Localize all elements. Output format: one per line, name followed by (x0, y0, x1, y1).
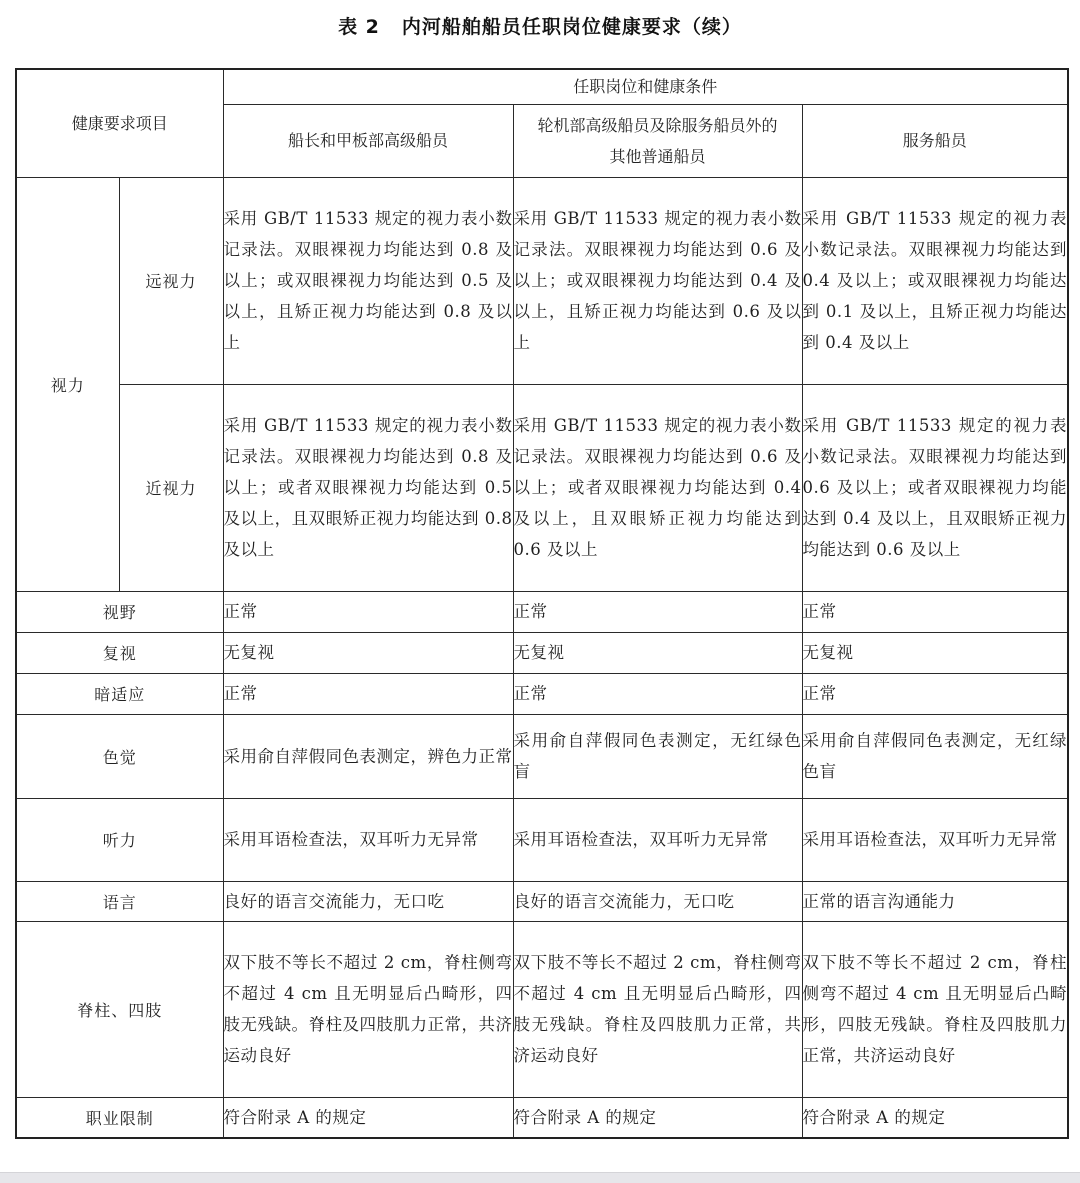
cell-occupational-restriction-engine: 符合附录 A 的规定 (513, 1097, 802, 1138)
table-row: 听力 采用耳语检查法，双耳听力无异常 采用耳语检查法，双耳听力无异常 采用耳语检… (16, 798, 1068, 881)
cell-speech-service: 正常的语言沟通能力 (802, 881, 1068, 921)
cell-hearing-engine: 采用耳语检查法，双耳听力无异常 (513, 798, 802, 881)
header-column-service-crew: 服务船员 (802, 104, 1068, 177)
cell-dark-adaptation-deck: 正常 (223, 673, 513, 714)
table-title: 表 2内河船舶船员任职岗位健康要求（续） (0, 12, 1080, 39)
cell-speech-engine: 良好的语言交流能力，无口吃 (513, 881, 802, 921)
cell-near-vision-engine: 采用 GB/T 11533 规定的视力表小数记录法。双眼裸视力均能达到 0.6 … (513, 384, 802, 591)
row-label-visual-field: 视野 (16, 591, 223, 632)
table-row: 职业限制 符合附录 A 的规定 符合附录 A 的规定 符合附录 A 的规定 (16, 1097, 1068, 1138)
cell-distance-vision-deck: 采用 GB/T 11533 规定的视力表小数记录法。双眼裸视力均能达到 0.8 … (223, 177, 513, 384)
cell-dark-adaptation-engine: 正常 (513, 673, 802, 714)
header-group-label: 任职岗位和健康条件 (223, 69, 1068, 104)
cell-visual-field-service: 正常 (802, 591, 1068, 632)
table-row: 暗适应 正常 正常 正常 (16, 673, 1068, 714)
row-label-dark-adaptation: 暗适应 (16, 673, 223, 714)
cell-occupational-restriction-service: 符合附录 A 的规定 (802, 1097, 1068, 1138)
table-row: 近视力 采用 GB/T 11533 规定的视力表小数记录法。双眼裸视力均能达到 … (16, 384, 1068, 591)
row-label-occupational-restriction: 职业限制 (16, 1097, 223, 1138)
row-label-spine-limbs: 脊柱、四肢 (16, 921, 223, 1097)
cell-distance-vision-service: 采用 GB/T 11533 规定的视力表小数记录法。双眼裸视力均能达到 0.4 … (802, 177, 1068, 384)
cell-speech-deck: 良好的语言交流能力，无口吃 (223, 881, 513, 921)
table-row: 视野 正常 正常 正常 (16, 591, 1068, 632)
cell-color-vision-service: 采用俞自萍假同色表测定，无红绿色盲 (802, 714, 1068, 798)
table-caption: 内河船舶船员任职岗位健康要求（续） (402, 16, 742, 38)
cell-diplopia-deck: 无复视 (223, 632, 513, 673)
cell-occupational-restriction-deck: 符合附录 A 的规定 (223, 1097, 513, 1138)
bottom-edge-band (0, 1172, 1080, 1183)
cell-spine-limbs-deck: 双下肢不等长不超过 2 cm，脊柱侧弯不超过 4 cm 且无明显后凸畸形，四肢无… (223, 921, 513, 1097)
cell-color-vision-engine: 采用俞自萍假同色表测定，无红绿色盲 (513, 714, 802, 798)
cell-hearing-service: 采用耳语检查法，双耳听力无异常 (802, 798, 1068, 881)
row-label-speech: 语言 (16, 881, 223, 921)
cell-near-vision-service: 采用 GB/T 11533 规定的视力表小数记录法。双眼裸视力均能达到 0.6 … (802, 384, 1068, 591)
row-label-color-vision: 色觉 (16, 714, 223, 798)
header-column-engine-officers-ratings: 轮机部高级船员及除服务船员外的其他普通船员 (513, 104, 802, 177)
cell-near-vision-deck: 采用 GB/T 11533 规定的视力表小数记录法。双眼裸视力均能达到 0.8 … (223, 384, 513, 591)
row-label-hearing: 听力 (16, 798, 223, 881)
table-row: 复视 无复视 无复视 无复视 (16, 632, 1068, 673)
cell-color-vision-deck: 采用俞自萍假同色表测定，辨色力正常 (223, 714, 513, 798)
row-label-distance-vision: 远视力 (119, 177, 223, 384)
header-item-label: 健康要求项目 (16, 69, 223, 177)
table-row: 色觉 采用俞自萍假同色表测定，辨色力正常 采用俞自萍假同色表测定，无红绿色盲 采… (16, 714, 1068, 798)
cell-diplopia-engine: 无复视 (513, 632, 802, 673)
cell-visual-field-engine: 正常 (513, 591, 802, 632)
table-row: 脊柱、四肢 双下肢不等长不超过 2 cm，脊柱侧弯不超过 4 cm 且无明显后凸… (16, 921, 1068, 1097)
row-label-near-vision: 近视力 (119, 384, 223, 591)
cell-spine-limbs-service: 双下肢不等长不超过 2 cm，脊柱侧弯不超过 4 cm 且无明显后凸畸形，四肢无… (802, 921, 1068, 1097)
cell-distance-vision-engine: 采用 GB/T 11533 规定的视力表小数记录法。双眼裸视力均能达到 0.6 … (513, 177, 802, 384)
cell-spine-limbs-engine: 双下肢不等长不超过 2 cm，脊柱侧弯不超过 4 cm 且无明显后凸畸形，四肢无… (513, 921, 802, 1097)
health-requirements-table: 健康要求项目 任职岗位和健康条件 船长和甲板部高级船员 轮机部高级船员及除服务船… (15, 68, 1069, 1139)
table-number: 表 2 (338, 16, 380, 38)
row-group-label-vision: 视力 (16, 177, 119, 591)
table-row: 语言 良好的语言交流能力，无口吃 良好的语言交流能力，无口吃 正常的语言沟通能力 (16, 881, 1068, 921)
table-row: 视力 远视力 采用 GB/T 11533 规定的视力表小数记录法。双眼裸视力均能… (16, 177, 1068, 384)
cell-hearing-deck: 采用耳语检查法，双耳听力无异常 (223, 798, 513, 881)
cell-dark-adaptation-service: 正常 (802, 673, 1068, 714)
cell-diplopia-service: 无复视 (802, 632, 1068, 673)
header-row-group: 健康要求项目 任职岗位和健康条件 (16, 69, 1068, 104)
row-label-diplopia: 复视 (16, 632, 223, 673)
header-column-deck-officers: 船长和甲板部高级船员 (223, 104, 513, 177)
cell-visual-field-deck: 正常 (223, 591, 513, 632)
